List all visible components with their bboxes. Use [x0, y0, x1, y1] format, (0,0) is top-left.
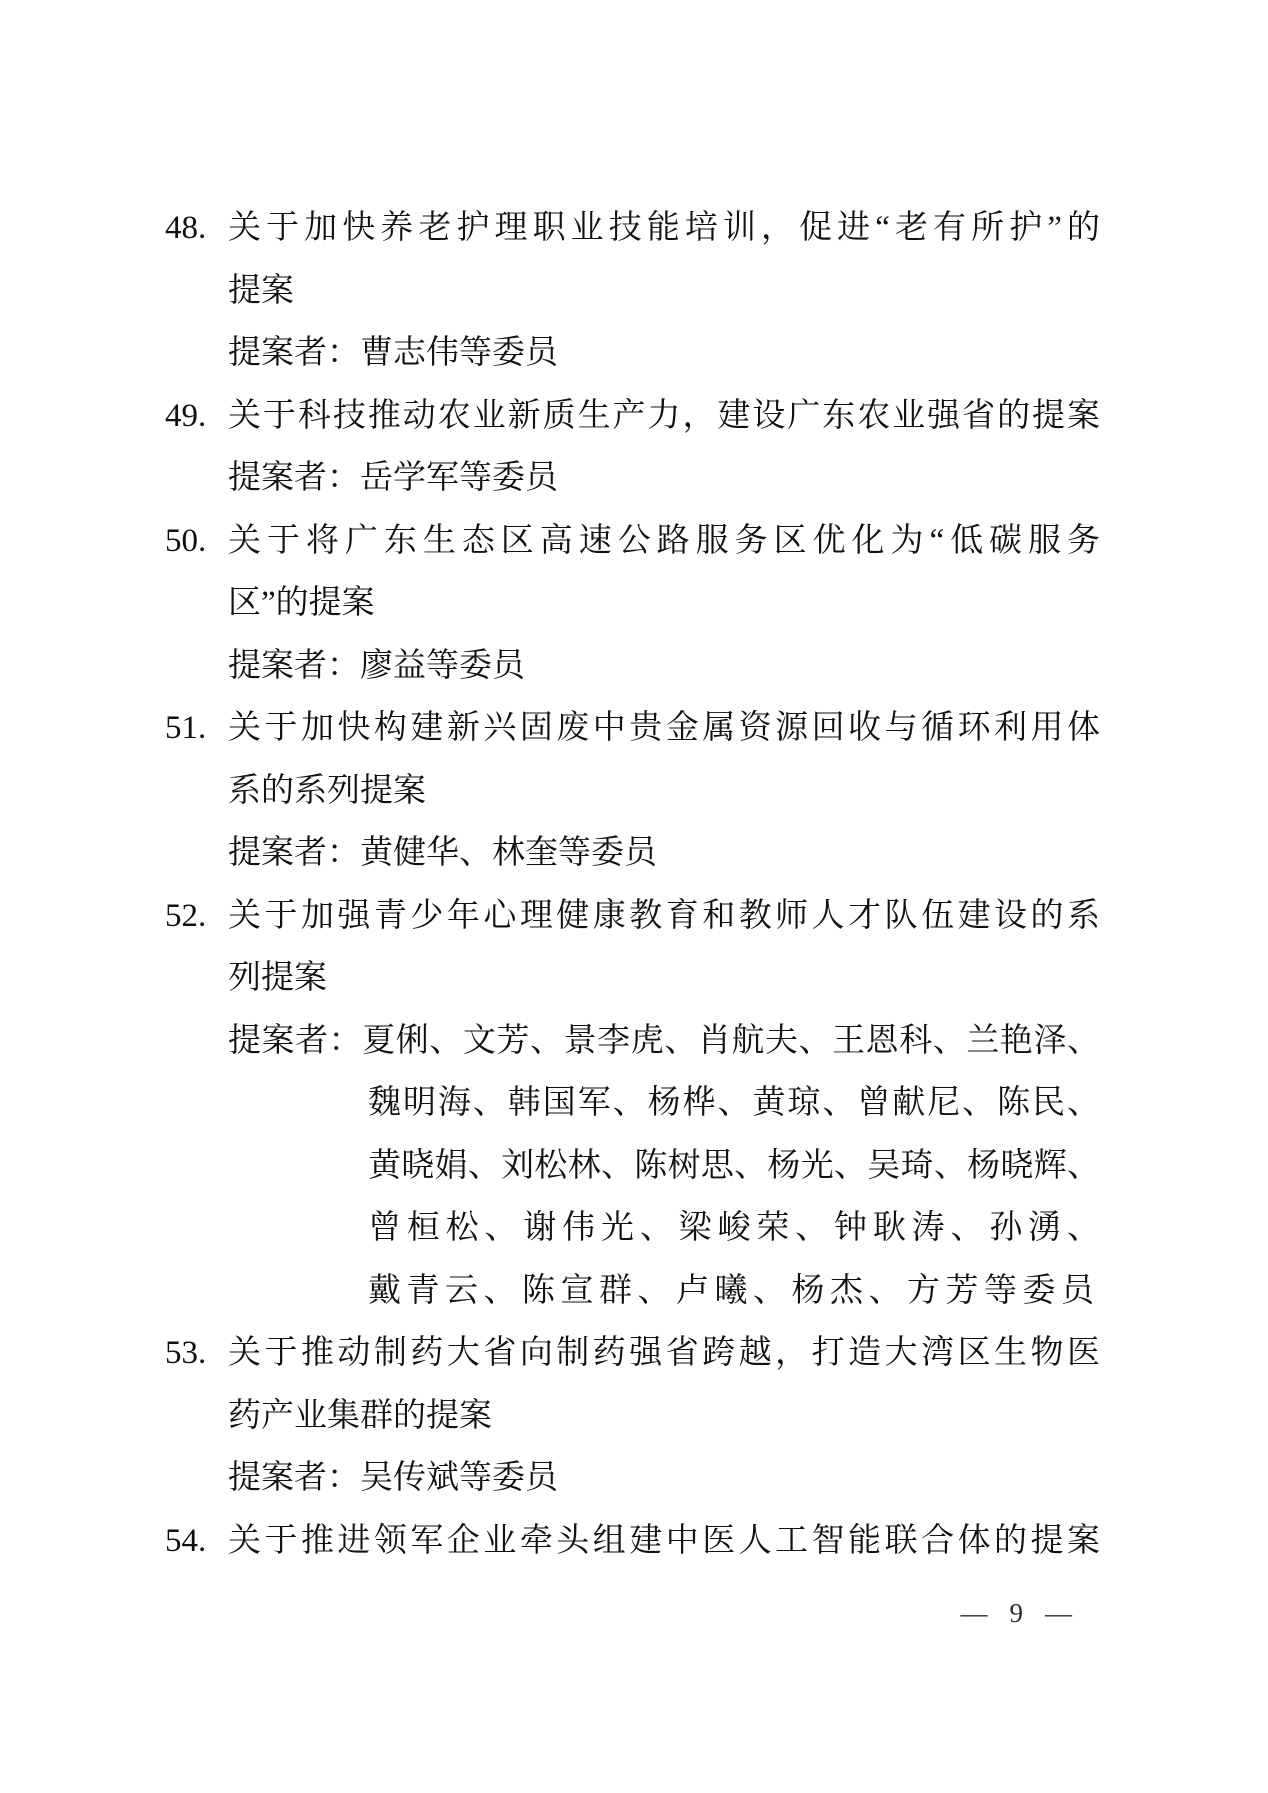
page-footer: —9—: [961, 1598, 1073, 1628]
proposer-names: 曾桓松、谢伟光、梁峻荣、钟耿涛、孙湧、: [368, 1210, 1100, 1246]
proposal-title-line: 51.关于加快构建新兴固废中贵金属资源回收与循环利用体: [228, 697, 1100, 760]
proposer-line: 魏明海、韩国军、杨桦、黄琼、曾献尼、陈民、: [368, 1072, 1100, 1135]
proposal-number: 48.: [165, 197, 206, 260]
proposal-title-line: 53.关于推动制药大省向制药强省跨越，打造大湾区生物医: [228, 1322, 1100, 1385]
proposer-label: 提案者：: [228, 1460, 360, 1496]
proposal-title-text: 列提案: [228, 960, 327, 996]
proposal-number: 52.: [165, 885, 206, 948]
proposer-names: 岳学军等委员: [360, 460, 558, 496]
proposal-title-line: 48.关于加快养老护理职业技能培训，促进“老有所护”的: [228, 197, 1100, 260]
proposer-line: 曾桓松、谢伟光、梁峻荣、钟耿涛、孙湧、: [368, 1197, 1100, 1260]
proposal-number: 49.: [165, 385, 206, 448]
proposal-title-text: 关于加强青少年心理健康教育和教师人才队伍建设的系: [228, 898, 1100, 934]
proposal-title-line: 药产业集群的提案: [228, 1385, 1100, 1448]
proposal-item: 50.关于将广东生态区高速公路服务区优化为“低碳服务区”的提案提案者：廖益等委员: [228, 510, 1100, 698]
proposer-label: 提案者：: [228, 335, 360, 371]
proposer-names: 黄晓娟、刘松林、陈树思、杨光、吴琦、杨晓辉、: [368, 1148, 1100, 1184]
proposer-names: 魏明海、韩国军、杨桦、黄琼、曾献尼、陈民、: [368, 1085, 1100, 1121]
proposal-title-line: 系的系列提案: [228, 760, 1100, 823]
proposer-label: 提案者：: [228, 1023, 362, 1059]
proposer-label: 提案者：: [228, 648, 360, 684]
proposer-line: 提案者：岳学军等委员: [228, 447, 1100, 510]
proposal-item: 51.关于加快构建新兴固废中贵金属资源回收与循环利用体系的系列提案提案者：黄健华…: [228, 697, 1100, 885]
proposal-item: 49.关于科技推动农业新质生产力，建设广东农业强省的提案提案者：岳学军等委员: [228, 385, 1100, 510]
proposer-names: 曹志伟等委员: [360, 335, 558, 371]
proposal-number: 53.: [165, 1322, 206, 1385]
proposal-number: 51.: [165, 697, 206, 760]
proposer-line: 提案者：曹志伟等委员: [228, 322, 1100, 385]
page-number-dash-left: —: [961, 1598, 988, 1628]
proposal-title-text: 系的系列提案: [228, 773, 426, 809]
proposer-line: 提案者：夏俐、文芳、景李虎、肖航夫、王恩科、兰艳泽、: [228, 1010, 1100, 1073]
proposal-title-line: 提案: [228, 260, 1100, 323]
proposer-line: 黄晓娟、刘松林、陈树思、杨光、吴琦、杨晓辉、: [368, 1135, 1100, 1198]
proposal-title-text: 关于推动制药大省向制药强省跨越，打造大湾区生物医: [228, 1335, 1100, 1371]
proposal-title-text: 提案: [228, 273, 294, 309]
proposal-item: 54.关于推进领军企业牵头组建中医人工智能联合体的提案: [228, 1510, 1100, 1573]
page-number-dash-right: —: [1045, 1598, 1072, 1628]
proposal-item: 48.关于加快养老护理职业技能培训，促进“老有所护”的提案提案者：曹志伟等委员: [228, 197, 1100, 385]
proposal-title-text: 关于将广东生态区高速公路服务区优化为“低碳服务: [228, 523, 1100, 559]
proposal-title-line: 52.关于加强青少年心理健康教育和教师人才队伍建设的系: [228, 885, 1100, 948]
document-page: 48.关于加快养老护理职业技能培训，促进“老有所护”的提案提案者：曹志伟等委员4…: [0, 0, 1268, 1793]
proposal-item: 52.关于加强青少年心理健康教育和教师人才队伍建设的系列提案提案者：夏俐、文芳、…: [228, 885, 1100, 1323]
proposer-names: 吴传斌等委员: [360, 1460, 558, 1496]
proposer-line: 提案者：廖益等委员: [228, 635, 1100, 698]
proposal-item: 53.关于推动制药大省向制药强省跨越，打造大湾区生物医药产业集群的提案提案者：吴…: [228, 1322, 1100, 1510]
proposer-names: 黄健华、林奎等委员: [360, 835, 657, 871]
proposer-names: 夏俐、文芳、景李虎、肖航夫、王恩科、兰艳泽、: [362, 1023, 1100, 1059]
proposal-title-text: 关于加快养老护理职业技能培训，促进“老有所护”的: [228, 210, 1100, 246]
proposer-label: 提案者：: [228, 835, 360, 871]
proposal-title-line: 列提案: [228, 947, 1100, 1010]
proposer-line: 提案者：黄健华、林奎等委员: [228, 822, 1100, 885]
proposer-names: 戴青云、陈宣群、卢曦、杨杰、方芳等委员: [368, 1273, 1100, 1309]
proposal-title-line: 区”的提案: [228, 572, 1100, 635]
proposal-number: 54.: [165, 1510, 206, 1573]
proposal-title-text: 关于科技推动农业新质生产力，建设广东农业强省的提案: [228, 398, 1100, 434]
proposal-number: 50.: [165, 510, 206, 573]
proposal-title-text: 药产业集群的提案: [228, 1398, 492, 1434]
proposal-title-line: 49.关于科技推动农业新质生产力，建设广东农业强省的提案: [228, 385, 1100, 448]
proposal-title-text: 关于推进领军企业牵头组建中医人工智能联合体的提案: [228, 1523, 1100, 1559]
proposer-line: 戴青云、陈宣群、卢曦、杨杰、方芳等委员: [368, 1260, 1100, 1323]
proposal-title-line: 50.关于将广东生态区高速公路服务区优化为“低碳服务: [228, 510, 1100, 573]
proposal-list: 48.关于加快养老护理职业技能培训，促进“老有所护”的提案提案者：曹志伟等委员4…: [228, 197, 1100, 1572]
proposer-label: 提案者：: [228, 460, 360, 496]
proposer-names: 廖益等委员: [360, 648, 525, 684]
proposal-title-line: 54.关于推进领军企业牵头组建中医人工智能联合体的提案: [228, 1510, 1100, 1573]
page-number: 9: [1010, 1598, 1024, 1628]
proposal-title-text: 区”的提案: [228, 585, 375, 621]
proposer-line: 提案者：吴传斌等委员: [228, 1447, 1100, 1510]
proposal-title-text: 关于加快构建新兴固废中贵金属资源回收与循环利用体: [228, 710, 1100, 746]
